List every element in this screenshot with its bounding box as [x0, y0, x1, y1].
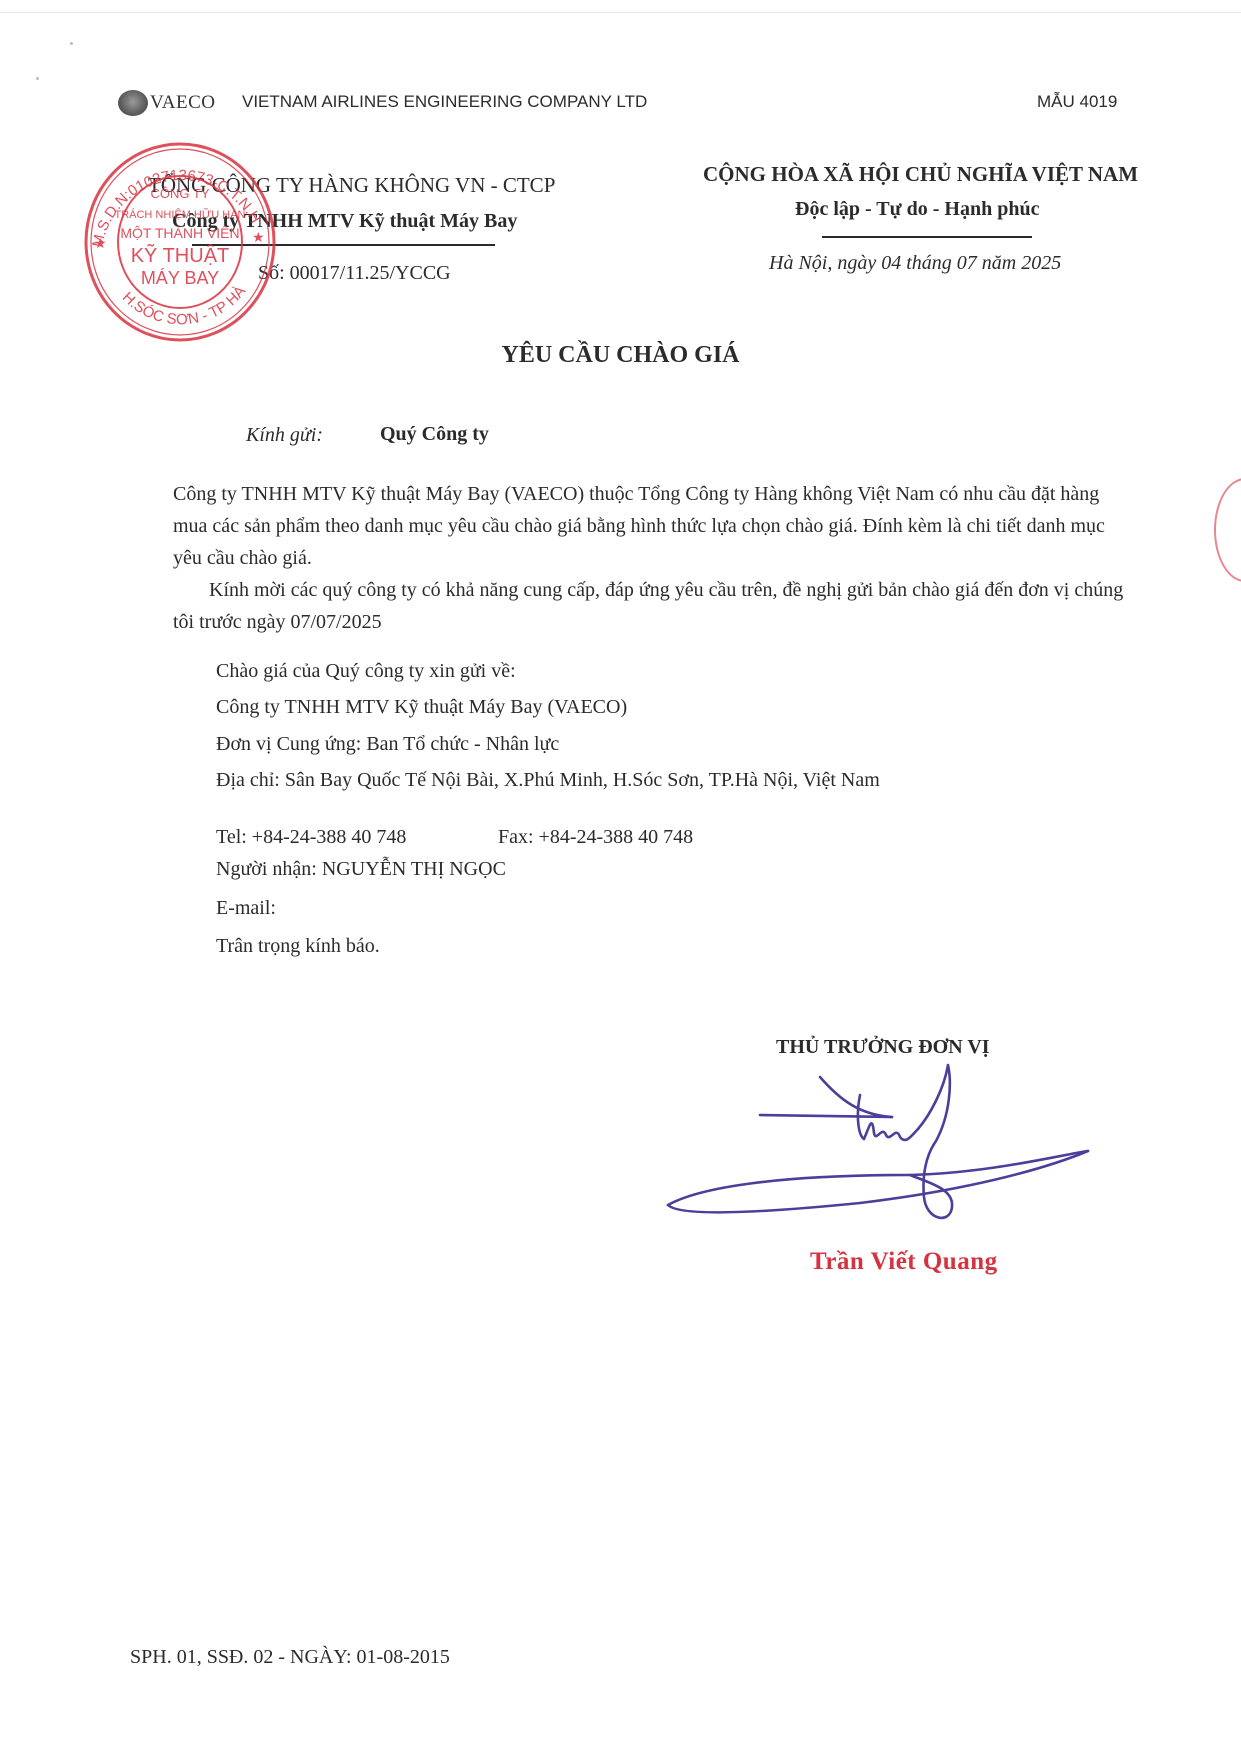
form-revision-footer: SPH. 01, SSĐ. 02 - NGÀY: 01-08-2015 [130, 1646, 450, 1669]
svg-text:KỸ THUẬT: KỸ THUẬT [131, 243, 230, 267]
svg-text:CÔNG TY: CÔNG TY [151, 186, 210, 201]
scan-speck [70, 42, 73, 45]
contact-intro: Chào giá của Quý công ty xin gửi về: [216, 660, 516, 683]
body-paragraph-1: Công ty TNHH MTV Kỹ thuật Máy Bay (VAECO… [173, 478, 1133, 574]
body-paragraph-2: Kính mời các quý công ty có khả năng cun… [173, 574, 1133, 638]
handwritten-signature [660, 1055, 1100, 1235]
place-and-date: Hà Nội, ngày 04 tháng 07 năm 2025 [769, 252, 1061, 275]
svg-text:MÁY BAY: MÁY BAY [141, 268, 219, 288]
contact-company: Công ty TNHH MTV Kỹ thuật Máy Bay (VAECO… [216, 696, 627, 719]
logo-text: VAECO [150, 92, 216, 114]
contact-receiver: Người nhận: NGUYỄN THỊ NGỌC [216, 858, 506, 881]
closing-line: Trân trọng kính báo. [216, 935, 380, 958]
contact-fax: Fax: +84-24-388 40 748 [498, 826, 693, 849]
lotus-emblem-icon [118, 90, 148, 116]
svg-text:★: ★ [94, 235, 107, 251]
vaeco-logo: VAECO [118, 90, 216, 116]
salutation-recipient: Quý Công ty [380, 423, 489, 446]
company-seal-stamp: M.S.D.N:0102713673-C.T.N.H H.SÓC SƠN - T… [80, 138, 280, 348]
contact-email: E-mail: [216, 897, 276, 920]
form-code: MẪU 4019 [1037, 92, 1117, 112]
contact-unit: Đơn vị Cung ứng: Ban Tổ chức - Nhân lực [216, 733, 559, 756]
partial-seal-edge [1214, 478, 1241, 582]
document-number: Số: 00017/11.25/YCCG [258, 262, 451, 285]
signer-name: Trần Viết Quang [810, 1248, 998, 1276]
svg-text:TRÁCH NHIỆM HỮU HẠN: TRÁCH NHIỆM HỮU HẠN [114, 208, 245, 221]
salutation-label: Kính gửi: [246, 424, 323, 447]
document-title: YÊU CẦU CHÀO GIÁ [0, 342, 1241, 369]
scan-speck [36, 77, 39, 80]
motto-underline [822, 236, 1032, 238]
national-title: CỘNG HÒA XÃ HỘI CHỦ NGHĨA VIỆT NAM [703, 162, 1138, 187]
page-top-edge [0, 12, 1241, 13]
company-name-en: VIETNAM AIRLINES ENGINEERING COMPANY LTD [242, 92, 647, 112]
national-motto: Độc lập - Tự do - Hạnh phúc [795, 198, 1039, 221]
svg-text:MỘT THÀNH VIÊN: MỘT THÀNH VIÊN [120, 225, 239, 241]
svg-text:★: ★ [252, 229, 265, 245]
contact-address: Địa chỉ: Sân Bay Quốc Tế Nội Bài, X.Phú … [216, 769, 880, 792]
contact-tel: Tel: +84-24-388 40 748 [216, 826, 406, 849]
